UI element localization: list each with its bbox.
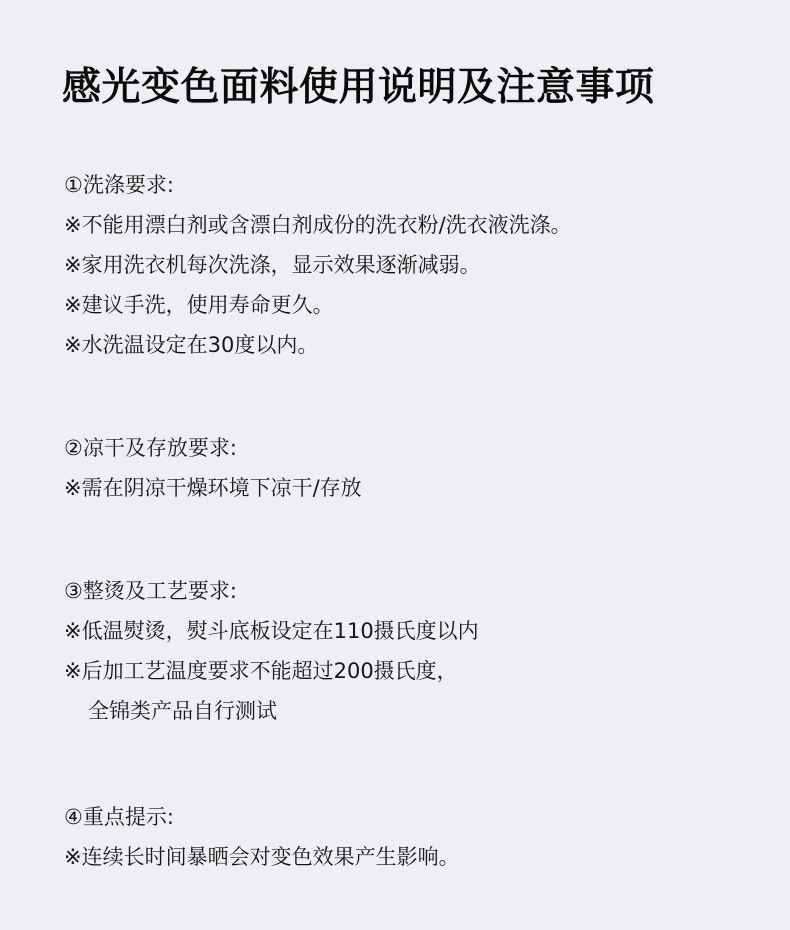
section-ironing-process: ③整烫及工艺要求: ※低温熨烫，熨斗底板设定在110摄氏度以内 ※后加工艺温度要… xyxy=(64,571,479,731)
section-washing: ①洗涤要求: ※不能用漂白剂或含漂白剂成份的洗衣粉/洗衣液洗涤。 ※家用洗衣机每… xyxy=(64,165,572,365)
section-heading: ④重点提示: xyxy=(64,797,460,837)
list-item: ※水洗温设定在30度以内。 xyxy=(64,325,572,365)
section-heading: ①洗涤要求: xyxy=(64,165,572,205)
list-item: ※连续长时间暴晒会对变色效果产生影响。 xyxy=(64,837,460,877)
list-item: ※建议手洗，使用寿命更久。 xyxy=(64,285,572,325)
list-item: ※不能用漂白剂或含漂白剂成份的洗衣粉/洗衣液洗涤。 xyxy=(64,205,572,245)
list-item: ※低温熨烫，熨斗底板设定在110摄氏度以内 xyxy=(64,611,479,651)
section-key-tips: ④重点提示: ※连续长时间暴晒会对变色效果产生影响。 xyxy=(64,797,460,877)
section-heading: ②凉干及存放要求: xyxy=(64,428,362,468)
list-item: ※后加工艺温度要求不能超过200摄氏度， xyxy=(64,651,479,691)
section-heading: ③整烫及工艺要求: xyxy=(64,571,479,611)
list-item-continuation: 全锦类产品自行测试 xyxy=(64,691,479,731)
list-item: ※家用洗衣机每次洗涤，显示效果逐渐减弱。 xyxy=(64,245,572,285)
page-title: 感光变色面料使用说明及注意事项 xyxy=(62,60,655,116)
section-drying-storage: ②凉干及存放要求: ※需在阴凉干燥环境下凉干/存放 xyxy=(64,428,362,508)
list-item: ※需在阴凉干燥环境下凉干/存放 xyxy=(64,468,362,508)
